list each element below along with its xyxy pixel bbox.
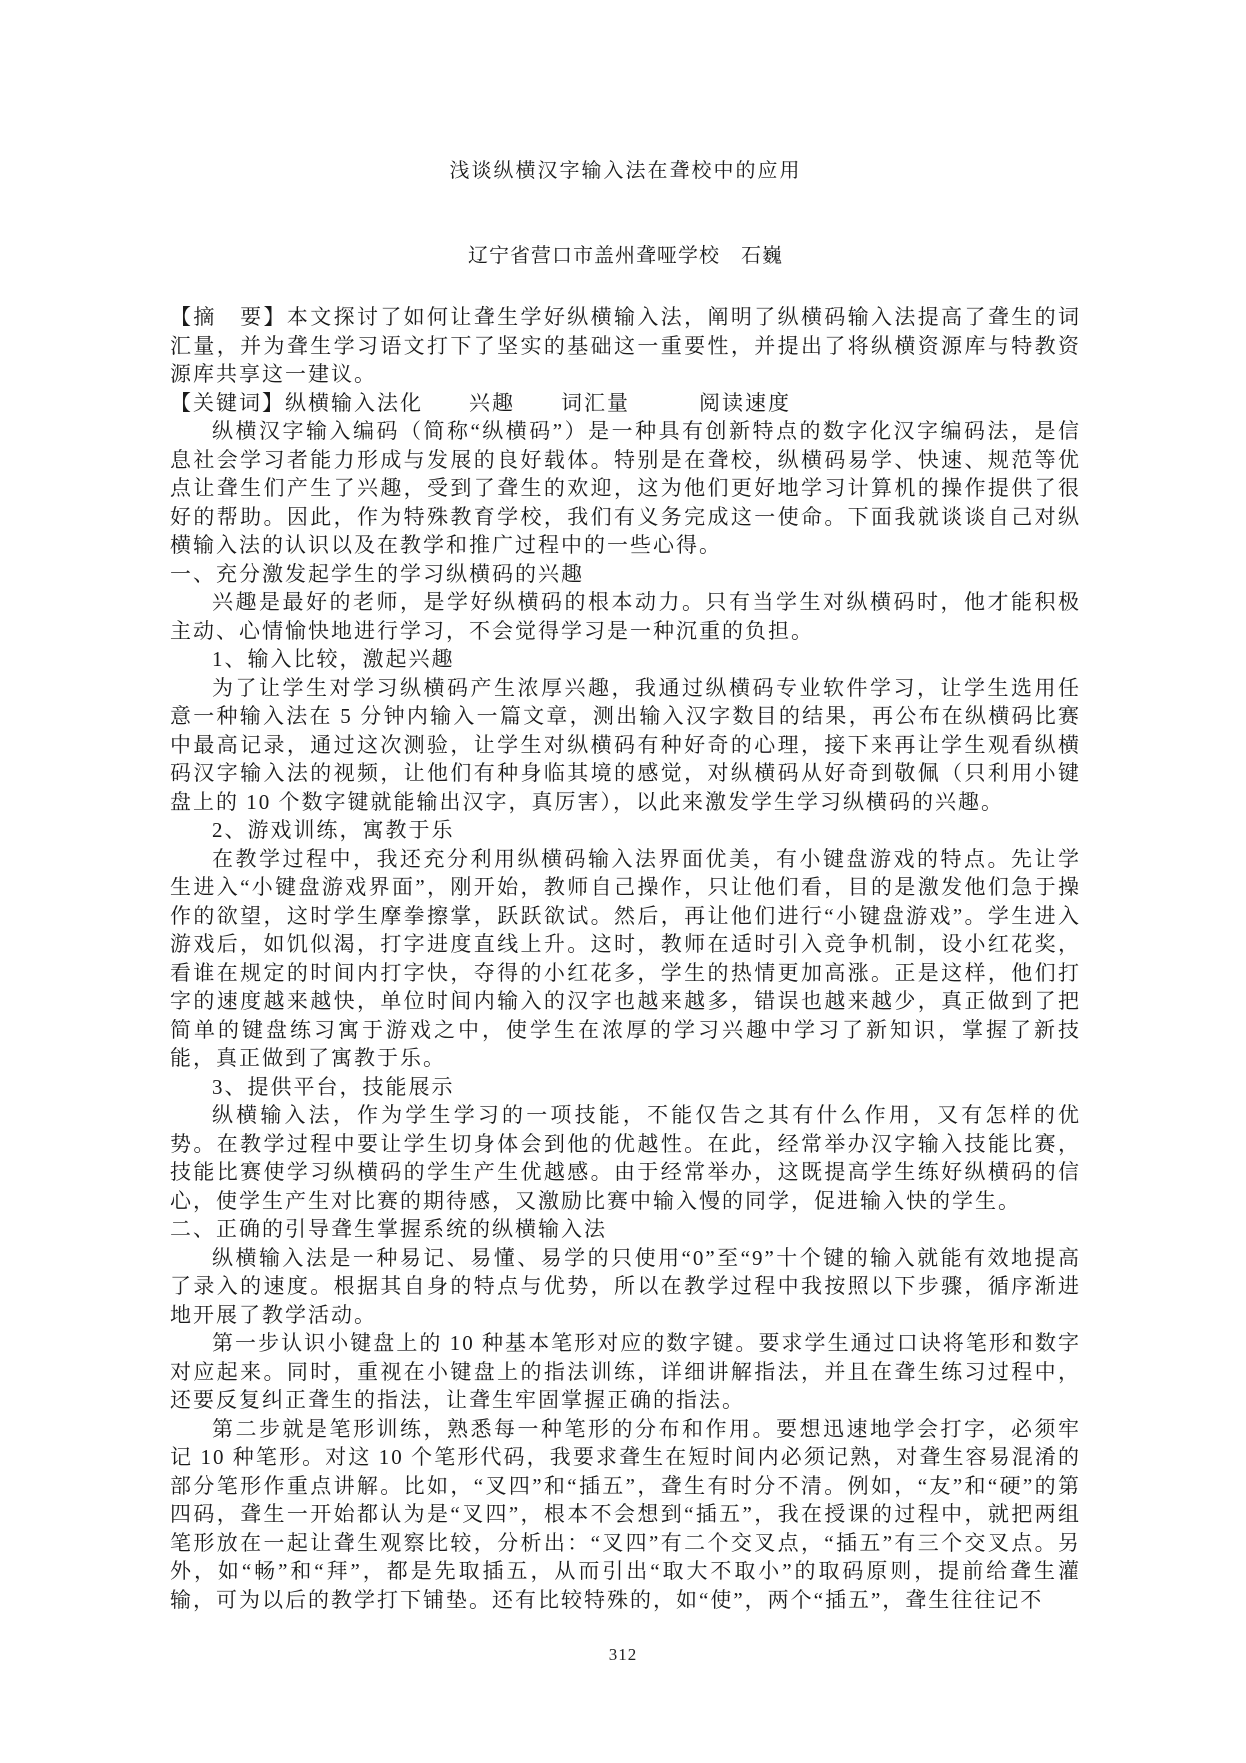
document-page: 浅谈纵横汉字输入法在聋校中的应用 辽宁省营口市盖州聋哑学校 石巍 【摘 要】本文…	[0, 0, 1246, 1763]
section-2-paragraph-1: 纵横输入法是一种易记、易懂、易学的只使用“0”至“9”十个键的输入就能有效地提高…	[170, 1244, 1081, 1330]
keywords-line: 【关键词】纵横输入法化 兴趣 词汇量 阅读速度	[170, 389, 1081, 418]
section-2-paragraph-3: 第二步就是笔形训练，熟悉每一种笔形的分布和作用。要想迅速地学会打字，必须牢记 1…	[170, 1415, 1081, 1615]
intro-paragraph: 纵横汉字输入编码（简称“纵横码”）是一种具有创新特点的数字化汉字编码法，是信息社…	[170, 417, 1081, 560]
document-content: 浅谈纵横汉字输入法在聋校中的应用 辽宁省营口市盖州聋哑学校 石巍 【摘 要】本文…	[170, 0, 1081, 1614]
subsection-1-1-heading: 1、输入比较，激起兴趣	[170, 645, 1081, 674]
subsection-1-2-heading: 2、游戏训练，寓教于乐	[170, 816, 1081, 845]
subsection-1-3-paragraph: 纵横输入法，作为学生学习的一项技能，不能仅告之其有什么作用，又有怎样的优势。在教…	[170, 1101, 1081, 1215]
section-1-paragraph: 兴趣是最好的老师，是学好纵横码的根本动力。只有当学生对纵横码时，他才能积极主动、…	[170, 588, 1081, 645]
subsection-1-1-paragraph: 为了让学生对学习纵横码产生浓厚兴趣，我通过纵横码专业软件学习，让学生选用任意一种…	[170, 674, 1081, 817]
section-2-paragraph-2: 第一步认识小键盘上的 10 种基本笔形对应的数字键。要求学生通过口诀将笔形和数字…	[170, 1329, 1081, 1415]
page-number: 312	[0, 1645, 1246, 1665]
section-1-heading: 一、充分激发起学生的学习纵横码的兴趣	[170, 560, 1081, 589]
author-line: 辽宁省营口市盖州聋哑学校 石巍	[170, 241, 1081, 271]
abstract-paragraph: 【摘 要】本文探讨了如何让聋生学好纵横输入法，阐明了纵横码输入法提高了聋生的词汇…	[170, 303, 1081, 389]
subsection-1-2-paragraph: 在教学过程中，我还充分利用纵横码输入法界面优美，有小键盘游戏的特点。先让学生进入…	[170, 845, 1081, 1073]
subsection-1-3-heading: 3、提供平台，技能展示	[170, 1073, 1081, 1102]
section-2-heading: 二、正确的引导聋生掌握系统的纵横输入法	[170, 1215, 1081, 1244]
paper-title: 浅谈纵横汉字输入法在聋校中的应用	[170, 156, 1081, 186]
